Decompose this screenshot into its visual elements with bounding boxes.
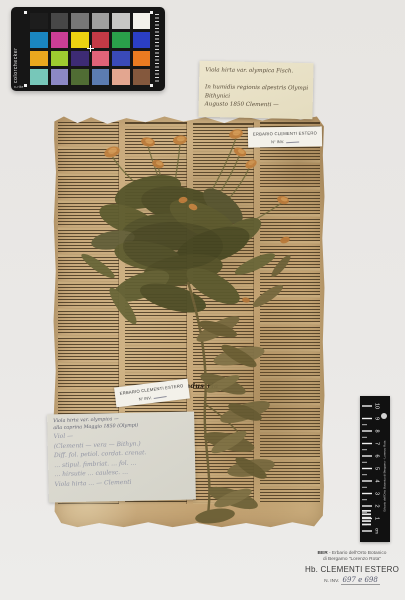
- color-patch: [133, 51, 151, 67]
- stamp-herbarium-name: ERBARIO CLEMENTI ESTERO: [248, 130, 322, 136]
- color-patch: [30, 51, 48, 67]
- corner-mark: [150, 11, 153, 14]
- color-patch: [51, 13, 69, 29]
- color-patch: [112, 32, 130, 48]
- institution-line2: di Bergamo "Lorenzo Rota": [300, 557, 404, 563]
- color-checker-ruler-ticks: [155, 14, 159, 84]
- corner-mark: [150, 84, 153, 87]
- ruler-unit: cm: [374, 528, 379, 534]
- scale-bar-svg: Erbario dell'Orto Botanico di Bergamo - …: [360, 396, 390, 542]
- corner-mark: [24, 84, 27, 87]
- color-patch: [71, 32, 89, 48]
- inventory-number-line: N. INV. 697 e 698: [300, 576, 404, 584]
- corner-mark: [24, 11, 27, 14]
- scale-bar: Erbario dell'Orto Botanico di Bergamo - …: [360, 396, 390, 542]
- color-patch: [133, 13, 151, 29]
- stamp-inventory-field: N° INV.: [248, 137, 322, 144]
- ruler-number: 7: [373, 442, 379, 445]
- color-patch: [51, 32, 69, 48]
- stamp-inv-label: N° INV.: [138, 395, 152, 402]
- newspaper-column: [260, 122, 320, 504]
- inventory-label: N. INV.: [324, 579, 339, 584]
- ruler-number: 8: [373, 429, 379, 432]
- ruler-number: 3: [373, 492, 379, 495]
- determination-label-text: Viola hirta var. olympica Fisch.In humid…: [205, 66, 308, 111]
- ruler-number: 5: [373, 467, 379, 470]
- color-patch: [112, 51, 130, 67]
- color-patch: [133, 69, 151, 85]
- color-patch: [71, 69, 89, 85]
- institution-name: - Erbario dell'Orto Botanico: [328, 551, 387, 556]
- color-checker-card: colorchecker x-rite: [11, 7, 165, 91]
- herbarium-photo: colorchecker x-rite l'Industria: [0, 0, 405, 600]
- inventory-number: 697 e 698: [341, 576, 380, 585]
- ruler-number: 2: [373, 504, 379, 507]
- ruler-number: 6: [373, 454, 379, 457]
- color-patch: [112, 69, 130, 85]
- color-patch: [92, 32, 110, 48]
- field-notes-label: Viola hirta var. olympica —alla caprina …: [47, 411, 196, 502]
- color-patch: [71, 51, 89, 67]
- color-patch: [92, 51, 110, 67]
- color-patch: [112, 13, 130, 29]
- institution-code: BER: [318, 551, 328, 556]
- color-patch: [92, 13, 110, 29]
- color-checker-title: colorchecker: [13, 15, 23, 83]
- herbarium-logo-icon: [381, 413, 387, 419]
- ruler-number: 9: [373, 417, 379, 420]
- color-patch: [30, 13, 48, 29]
- color-patch: [30, 69, 48, 85]
- color-patch: [133, 32, 151, 48]
- inventory-stamp-top: ERBARIO CLEMENTI ESTERO N° INV.: [248, 126, 322, 147]
- ruler-number: 10: [373, 403, 379, 409]
- stamp-inv-label: N° INV.: [271, 139, 284, 144]
- field-notes-text: Viola hirta var. olympica —alla caprina …: [53, 415, 189, 489]
- determination-label: Viola hirta var. olympica Fisch.In humid…: [198, 61, 313, 119]
- color-patch: [51, 69, 69, 85]
- registration-cross-icon: [87, 45, 94, 52]
- text-line: Augusto 1850 Clementi —: [205, 100, 307, 110]
- ruler-number: 4: [373, 479, 379, 482]
- color-patch: [30, 32, 48, 48]
- color-patch: [71, 13, 89, 29]
- color-patch: [51, 51, 69, 67]
- handwritten-number-mark: [153, 392, 167, 399]
- ruler-number: 1: [373, 517, 379, 520]
- newspaper-column: [193, 122, 254, 504]
- xrite-logo: x-rite: [14, 85, 24, 89]
- ruler-caption: Erbario dell'Orto Botanico di Bergamo - …: [383, 440, 387, 511]
- herbarium-title: Hb. CLEMENTI ESTERO: [300, 565, 404, 574]
- collection-id-block: BER - Erbario dell'Orto Botanico di Berg…: [300, 551, 404, 584]
- handwritten-number-mark: [286, 137, 299, 143]
- color-patch: [92, 69, 110, 85]
